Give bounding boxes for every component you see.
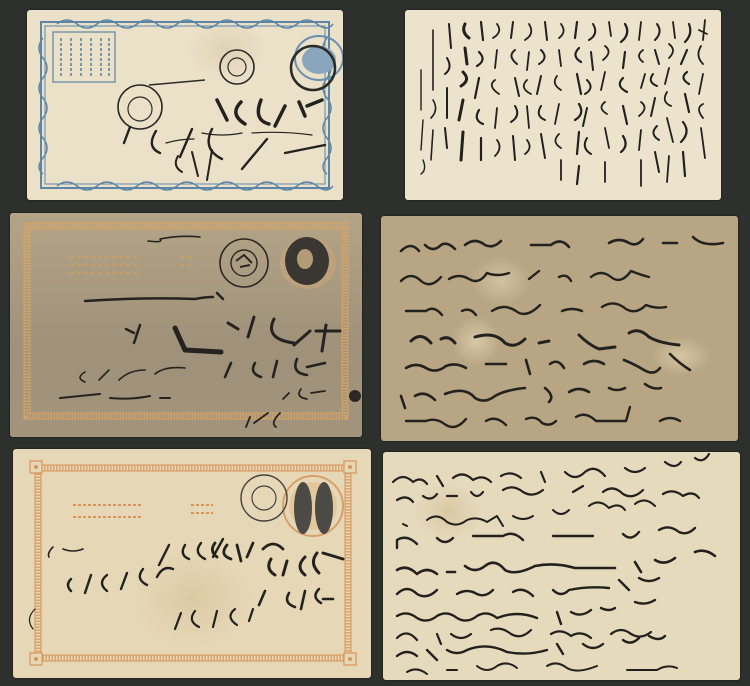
circular-postmark <box>118 50 254 129</box>
handwritten-vertical-script <box>405 10 721 200</box>
postcard-3-front <box>10 213 362 437</box>
handwritten-horizontal-script <box>383 452 740 680</box>
handwritten-horizontal-script <box>381 216 738 441</box>
postcard-2-message <box>405 10 721 200</box>
orange-dotted-frame <box>10 213 362 437</box>
orange-stamp-indicium <box>283 476 343 536</box>
circular-postmark <box>220 239 268 287</box>
blue-stamp-indicium <box>291 36 343 90</box>
blue-ribbon-frame <box>27 10 343 200</box>
postcard-4-message <box>381 216 738 441</box>
postcard-1-front <box>27 10 343 200</box>
postcard-6-message <box>383 452 740 680</box>
orange-stamp-indicium <box>280 237 336 289</box>
postcard-5-front <box>13 449 371 678</box>
circular-postmark <box>241 475 287 521</box>
printed-instructions-box <box>53 32 115 82</box>
orange-dotted-frame <box>13 449 371 678</box>
